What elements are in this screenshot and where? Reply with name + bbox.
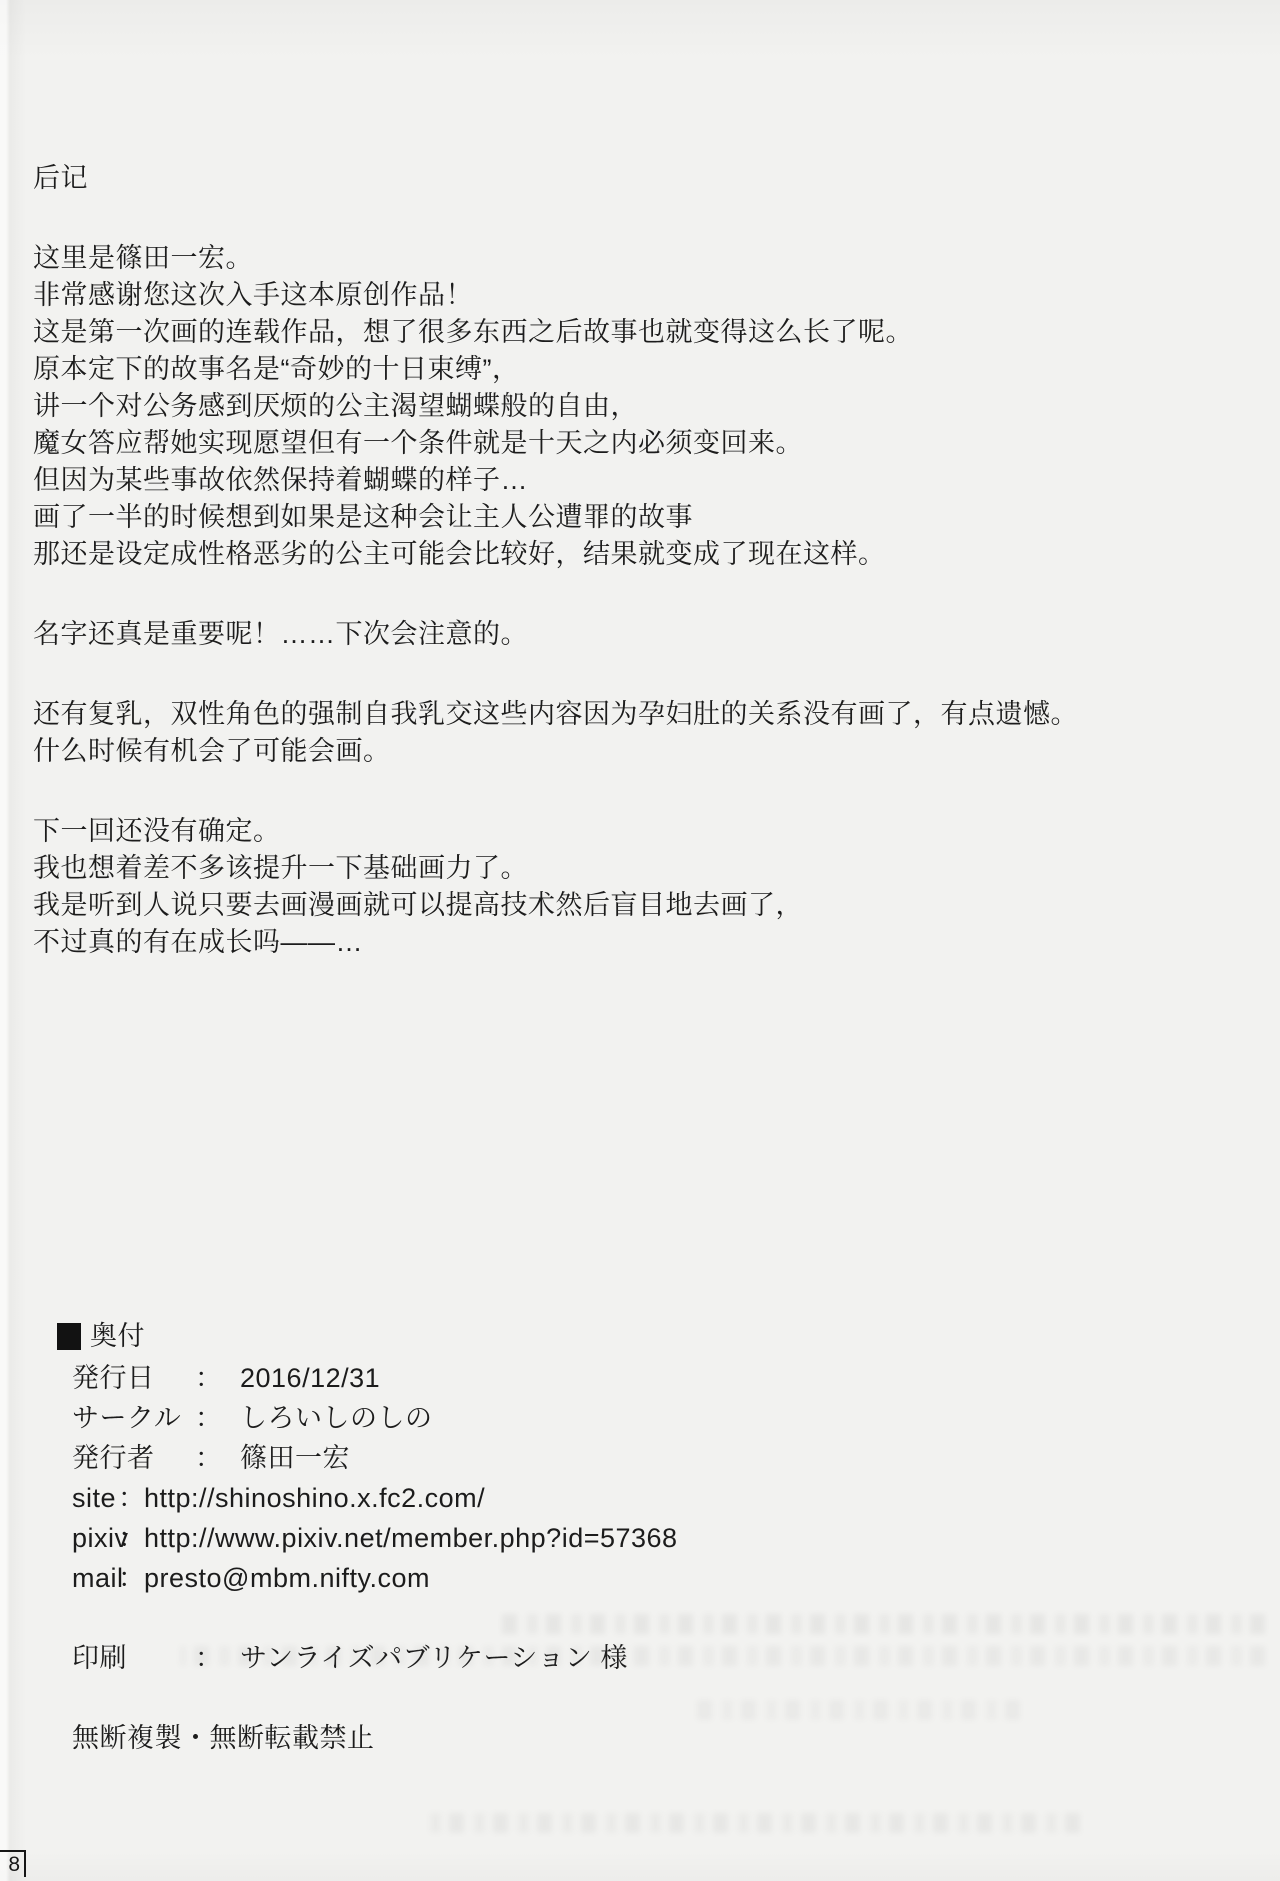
colophon-row-label: mail bbox=[72, 1558, 118, 1598]
colophon-row-label: pixiv bbox=[72, 1518, 118, 1558]
page-content: 后记 这里是篠田一宏。 非常感谢您这次入手这本原创作品！ 这是第一次画的连载作品… bbox=[0, 0, 1280, 1758]
body-line: 我也想着差不多该提升一下基础画力了。 bbox=[33, 850, 1260, 887]
body-line: 不过真的有在成长吗——… bbox=[33, 924, 1260, 961]
site-url-text: http://shinoshino.x.fc2.com/ bbox=[144, 1483, 485, 1513]
colophon-header: 奥付 bbox=[33, 1316, 1260, 1356]
body-line: 这里是篠田一宏。 bbox=[33, 240, 1260, 277]
copyright-notice: 無断複製・無断転載禁止 bbox=[72, 1718, 1260, 1758]
colophon-row-label: 印刷 bbox=[72, 1638, 195, 1678]
colophon-row-colon: ： bbox=[195, 1398, 240, 1438]
colophon-spacer bbox=[72, 1678, 1260, 1718]
body-line: 下一回还没有确定。 bbox=[33, 813, 1260, 850]
afterword-paragraph-2: 名字还真是重要呢！……下次会注意的。 bbox=[33, 616, 1260, 653]
colophon-row-circle: サークル：しろいしのしの bbox=[72, 1398, 1260, 1438]
colophon-row-colon: ： bbox=[118, 1518, 144, 1558]
black-square-icon bbox=[57, 1323, 81, 1350]
colophon-row-value: サンライズパブリケーション 様 bbox=[240, 1643, 628, 1673]
colophon-row-label: 発行日 bbox=[72, 1358, 195, 1398]
colophon-row-pixiv: pixiv：http://www.pixiv.net/member.php?id… bbox=[72, 1518, 1260, 1558]
body-line: 这是第一次画的连载作品，想了很多东西之后故事也就变得这么长了呢。 bbox=[33, 314, 1260, 351]
body-line: 名字还真是重要呢！……下次会注意的。 bbox=[33, 616, 1260, 653]
page-title: 后记 bbox=[33, 160, 1260, 197]
body-line: 但因为某些事故依然保持着蝴蝶的样子… bbox=[33, 462, 1260, 499]
colophon-row-publisher: 発行者：篠田一宏 bbox=[72, 1438, 1260, 1478]
colophon-row-value: 篠田一宏 bbox=[240, 1443, 350, 1473]
body-line: 那还是设定成性格恶劣的公主可能会比较好，结果就变成了现在这样。 bbox=[33, 536, 1260, 573]
pixiv-url-text: http://www.pixiv.net/member.php?id=57368 bbox=[144, 1523, 678, 1553]
page-number-box: 8 bbox=[0, 1850, 26, 1877]
colophon-row-colon: ： bbox=[195, 1438, 240, 1478]
colophon-rows: 発行日：2016/12/31 サークル：しろいしのしの 発行者：篠田一宏 sit… bbox=[33, 1358, 1260, 1758]
afterword-paragraph-1: 这里是篠田一宏。 非常感谢您这次入手这本原创作品！ 这是第一次画的连载作品，想了… bbox=[33, 240, 1260, 573]
colophon-row-site: site：http://shinoshino.x.fc2.com/ bbox=[72, 1478, 1260, 1518]
body-line: 还有复乳，双性角色的强制自我乳交这些内容因为孕妇肚的关系没有画了，有点遗憾。 bbox=[33, 696, 1260, 733]
colophon-row-publish-date: 発行日：2016/12/31 bbox=[72, 1358, 1260, 1398]
afterword-paragraph-3: 还有复乳，双性角色的强制自我乳交这些内容因为孕妇肚的关系没有画了，有点遗憾。 什… bbox=[33, 696, 1260, 770]
colophon-row-colon: ： bbox=[195, 1638, 240, 1678]
colophon-row-value: しろいしのしの bbox=[240, 1403, 433, 1433]
colophon-section: 奥付 発行日：2016/12/31 サークル：しろいしのしの 発行者：篠田一宏 … bbox=[33, 1316, 1260, 1758]
colophon-header-label: 奥付 bbox=[90, 1316, 145, 1356]
colophon-row-colon: ： bbox=[118, 1558, 144, 1598]
colophon-row-mail: mail：presto@mbm.nifty.com bbox=[72, 1558, 1260, 1598]
body-line: 原本定下的故事名是“奇妙的十日束缚”， bbox=[33, 351, 1260, 388]
colophon-row-label: 発行者 bbox=[72, 1438, 195, 1478]
afterword-paragraph-4: 下一回还没有确定。 我也想着差不多该提升一下基础画力了。 我是听到人说只要去画漫… bbox=[33, 813, 1260, 961]
scanned-afterword-page: 后记 这里是篠田一宏。 非常感谢您这次入手这本原创作品！ 这是第一次画的连载作品… bbox=[0, 0, 1280, 1881]
colophon-row-colon: ： bbox=[195, 1358, 240, 1398]
colophon-row-colon: ： bbox=[118, 1478, 144, 1518]
body-line: 什么时候有机会了可能会画。 bbox=[33, 733, 1260, 770]
body-line: 非常感谢您这次入手这本原创作品！ bbox=[33, 277, 1260, 314]
body-line: 讲一个对公务感到厌烦的公主渴望蝴蝶般的自由， bbox=[33, 388, 1260, 425]
body-line: 魔女答应帮她实现愿望但有一个条件就是十天之内必须变回来。 bbox=[33, 425, 1260, 462]
body-line: 画了一半的时候想到如果是这种会让主人公遭罪的故事 bbox=[33, 499, 1260, 536]
mail-address-text: presto@mbm.nifty.com bbox=[144, 1563, 430, 1593]
colophon-row-printing: 印刷：サンライズパブリケーション 様 bbox=[72, 1638, 1260, 1678]
colophon-row-value: 2016/12/31 bbox=[240, 1363, 380, 1393]
colophon-row-label: site bbox=[72, 1478, 118, 1518]
colophon-spacer bbox=[72, 1598, 1260, 1638]
colophon-row-label: サークル bbox=[72, 1398, 195, 1438]
body-line: 我是听到人说只要去画漫画就可以提高技术然后盲目地去画了， bbox=[33, 887, 1260, 924]
bleedthrough-text bbox=[430, 1813, 1080, 1833]
